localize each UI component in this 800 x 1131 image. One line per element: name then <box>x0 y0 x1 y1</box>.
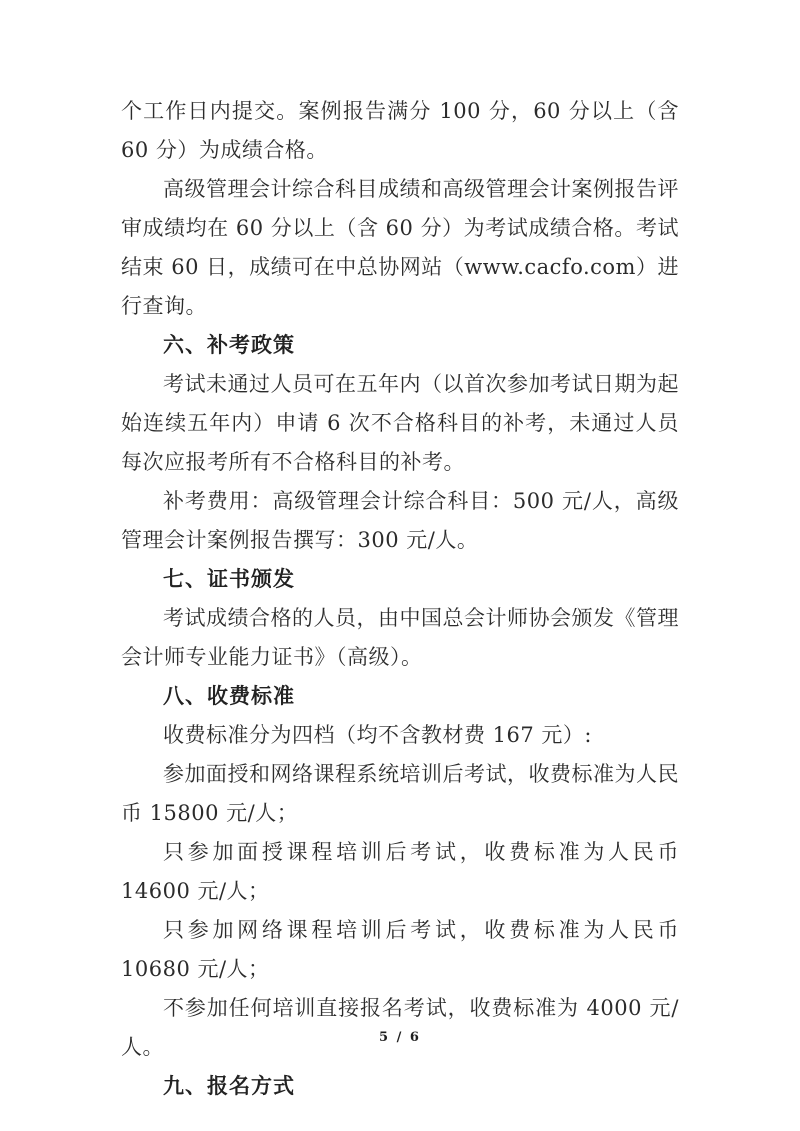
paragraph-certificate-issue: 考试成绩合格的人员，由中国总会计师协会颁发《管理会计师专业能力证书》（高级）。 <box>121 599 679 677</box>
paragraph-fee-tier-3: 只参加网络课程培训后考试，收费标准为人民币 10680 元/人； <box>121 911 679 989</box>
paragraph-fee-tier-1: 参加面授和网络课程系统培训后考试，收费标准为人民币 15800 元/人； <box>121 755 679 833</box>
document-body: 个工作日内提交。案例报告满分 100 分，60 分以上（含 60 分）为成绩合格… <box>121 92 679 1106</box>
section-heading-fee-standard: 八、收费标准 <box>121 677 679 716</box>
paragraph-fee-tiers-intro: 收费标准分为四档（均不含教材费 167 元）: <box>121 716 679 755</box>
section-heading-registration: 九、报名方式 <box>121 1067 679 1106</box>
paragraph-retake-rules: 考试未通过人员可在五年内（以首次参加考试日期为起始连续五年内）申请 6 次不合格… <box>121 365 679 482</box>
document-page: 个工作日内提交。案例报告满分 100 分，60 分以上（含 60 分）为成绩合格… <box>0 0 800 1131</box>
paragraph-fee-tier-2: 只参加面授课程培训后考试，收费标准为人民币 14600 元/人； <box>121 833 679 911</box>
paragraph-continuation: 个工作日内提交。案例报告满分 100 分，60 分以上（含 60 分）为成绩合格… <box>121 92 679 170</box>
paragraph-fee-tier-4: 不参加任何培训直接报名考试，收费标准为 4000 元/人。 <box>121 989 679 1067</box>
section-heading-retake-policy: 六、补考政策 <box>121 326 679 365</box>
paragraph-score-query: 高级管理会计综合科目成绩和高级管理会计案例报告评审成绩均在 60 分以上（含 6… <box>121 170 679 326</box>
paragraph-retake-fees: 补考费用：高级管理会计综合科目：500 元/人，高级管理会计案例报告撰写：300… <box>121 482 679 560</box>
page-number: 5 / 6 <box>0 1030 800 1045</box>
section-heading-certificate: 七、证书颁发 <box>121 560 679 599</box>
